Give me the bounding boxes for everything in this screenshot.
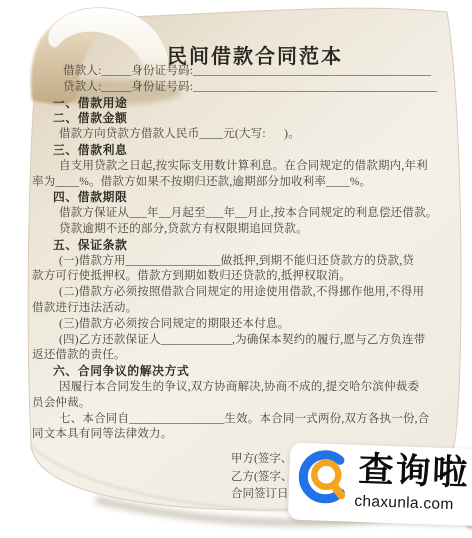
- signature-block: 甲方(签字、乙方(签字、合同签订日: [231, 451, 292, 504]
- contract-line: 一、借款用途: [32, 96, 452, 112]
- contract-line: 借款方保证从___年__月起至___年__月止,按本合同规定的利息偿还借款。: [32, 206, 452, 222]
- contract-line: 二、借款金额: [32, 111, 452, 127]
- signature-line: 甲方(签字、: [231, 451, 292, 469]
- contract-line: 因履行本合同发生的争议,双方协商解决,协商不成的,提交哈尔滨仲裁委: [32, 380, 452, 396]
- contract-line: 贷款逾期不还的部分,贷款方有权限期追回贷款。: [32, 222, 452, 238]
- contract-line: 自支用贷款之日起,按实际支用数计算利息。在合同规定的借款期内,年利: [32, 159, 452, 175]
- watermark-domain: chaxunla.com: [354, 493, 454, 514]
- contract-line: (一)借款方用________________做抵押,到期不能归还贷款方的贷款,…: [32, 254, 452, 270]
- contract-line: 四、借款期限: [32, 190, 452, 206]
- contract-line: 返还借款的责任。: [32, 348, 452, 364]
- magnifier-logo-icon: [295, 447, 357, 511]
- watermark-card[interactable]: 查询啦 chaxunla.com: [288, 443, 472, 527]
- contract-body: 借款人:_____身份证号码:_________________________…: [32, 64, 452, 443]
- signature-line: 乙方(签字、: [231, 469, 292, 487]
- watermark-brand: 查询啦: [358, 450, 470, 494]
- contract-line: (二)借款方必须按照借款合同规定的用途使用借款,不得挪作他用,不得用: [32, 285, 452, 301]
- contract-line: 借款方向贷款方借款人民币____元(大写: )。: [32, 127, 452, 143]
- contract-line: 借款人:_____身份证号码:_________________________…: [32, 64, 452, 80]
- contract-line: 三、借款利息: [32, 143, 452, 159]
- contract-line: 率为____%。借款方如果不按期归还款,逾期部分加收利率____%。: [32, 175, 452, 191]
- contract-line: (三)借款方必须按合同规定的期限还本付息。: [32, 317, 452, 333]
- contract-line: 五、保证条款: [32, 238, 452, 254]
- signature-line: 合同签订日: [231, 486, 292, 504]
- contract-line: 七、本合同自________________生效。本合同一式两份,双方各执一份,…: [32, 412, 452, 428]
- contract-line: 六、合同争议的解决方式: [32, 364, 452, 380]
- contract-line: 同文本具有同等法律效力。: [32, 427, 452, 443]
- contract-line: 款方可行使抵押权。借款方到期如数归还贷款的,抵押权取消。: [32, 269, 452, 285]
- contract-line: 员会仲裁。: [32, 396, 452, 412]
- contract-line: 借款进行违法活动。: [32, 301, 452, 317]
- screenshot-root: 民间借款合同范本 借款人:_____身份证号码:________________…: [0, 0, 472, 538]
- contract-line: 贷款人:_____身份证号码:_________________________…: [32, 80, 452, 96]
- logo-magnifier-handle: [334, 486, 341, 495]
- contract-line: (四)乙方还款保证人____________,为确保本契约的履行,愿与乙方负连带: [32, 333, 452, 349]
